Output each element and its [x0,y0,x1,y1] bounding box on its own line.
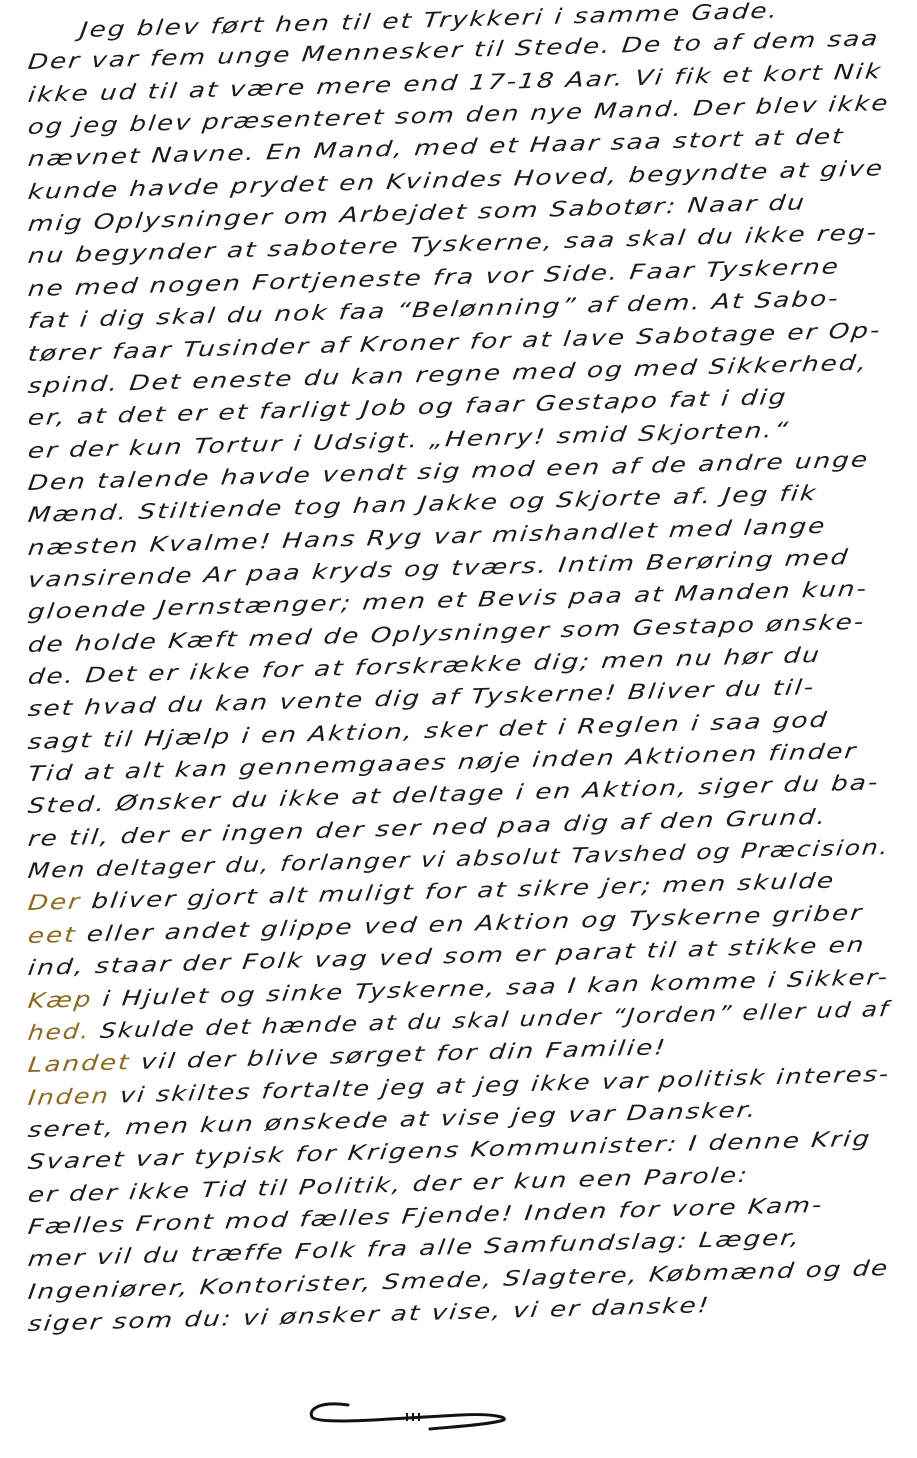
faded-ink-word: hed. [27,1019,92,1045]
letter-page: Jeg blev ført hen til et Trykkeri i samm… [0,0,917,1458]
faded-ink-word: Inden [27,1083,112,1109]
signature-flourish [300,1395,540,1435]
line-text: vil der blive sørget for din Familie! [129,1035,668,1074]
faded-ink-word: Landet [27,1050,132,1077]
faded-ink-word: Der [27,890,83,916]
faded-ink-word: eet [27,922,78,947]
faded-ink-word: Kæp [27,987,94,1013]
